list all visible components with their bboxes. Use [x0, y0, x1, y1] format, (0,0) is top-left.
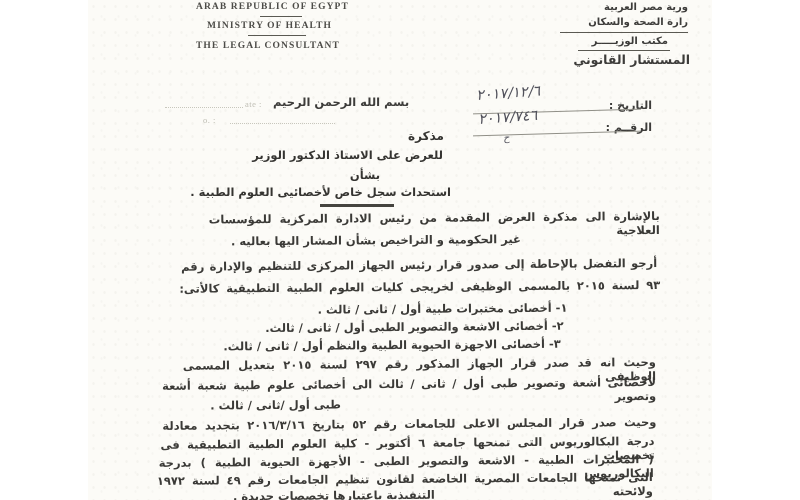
memo-list-item: ٢- أخصائى الاشعة والتصوير الطبى أول / ثا… — [265, 320, 564, 336]
memo-body-line: وحيث صدر قرار المجلس الاعلى للجامعات رقم… — [162, 416, 656, 433]
memo-list-item: ١- أخصائى مختبرات طبية أول / ثانى / ثالث… — [318, 302, 568, 318]
memo-body-line: ٩٣ لسنة ٢٠١٥ بالمسمى الوظيفى لخريجى كليا… — [179, 279, 660, 296]
scanned-document-page: ARAB REPUBLIC OF EGYPT MINISTRY OF HEALT… — [88, 0, 712, 500]
memo-body-line: التنفيذية باعتبارها تخصصات جديدة . — [233, 489, 435, 500]
memo-list-item: ٣- أخصائى الاجهزة الحيوية الطبية والنظم … — [223, 338, 561, 354]
memo-body-line: غير الحكومية و التراخيص بشأن المشار اليه… — [231, 233, 521, 249]
screenshot-canvas: ARAB REPUBLIC OF EGYPT MINISTRY OF HEALT… — [0, 0, 800, 500]
memo-body-line: طبى أول /ثانى / ثالث . — [210, 398, 341, 413]
memo-body: بالإشارة الى مذكرة العرض المقدمة من رئيس… — [86, 0, 714, 500]
memo-body-line: أرجو التفضل بالإحاطة إلى صدور قرار رئيس … — [181, 257, 657, 274]
